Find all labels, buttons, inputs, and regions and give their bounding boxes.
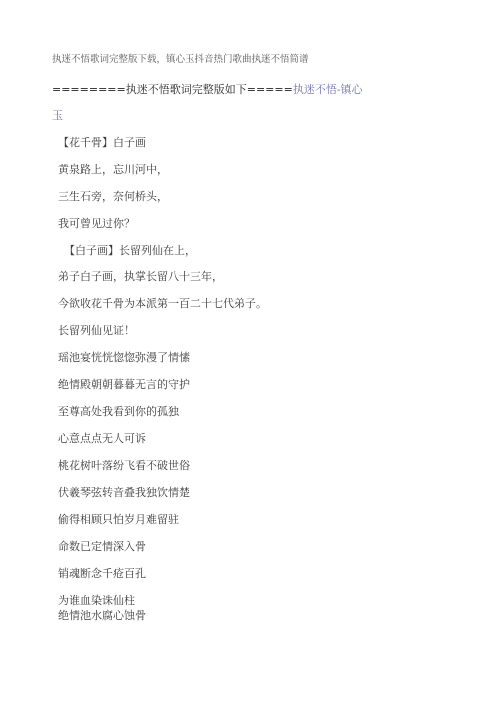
lyric-line: 伏羲琴弦转音叠我独饮情楚 [58, 484, 190, 500]
lyric-line: 瑶池宴恍恍惚惚弥漫了情愫 [58, 349, 190, 365]
lyric-line: 命数已定情深入骨 [58, 538, 146, 554]
lyric-line: 三生石旁，奈何桥头， [58, 188, 168, 204]
lyric-line: 至尊高处我看到你的孤独 [58, 403, 179, 419]
lyrics-heading: ========执迷不悟歌词完整版如下=====执迷不悟-镇心 [52, 81, 363, 97]
lyric-line: 【白子画】长留列仙在上， [64, 242, 196, 258]
lyric-line: 偷得相顾只怕岁月难留驻 [58, 511, 179, 527]
lyric-line: 今欲收花千骨为本派第一百二十七代弟子。 [58, 295, 267, 311]
lyric-line: 心意点点无人可诉 [58, 430, 146, 446]
song-link[interactable]: 执迷不悟-镇心 [293, 83, 363, 96]
lyric-line: 黄泉路上，忘川河中， [58, 161, 168, 177]
song-link-continued[interactable]: 玉 [52, 107, 63, 123]
lyric-line: 销魂断念千疮百孔 [58, 565, 146, 581]
lyric-line: 我可曾见过你？ [58, 215, 135, 231]
lyric-line: 绝情殿朝朝暮暮无言的守护 [58, 376, 190, 392]
lyric-line: 为谁血染诛仙柱 [58, 592, 135, 608]
document-title-line: 执迷不悟歌词完整版下载，镇心玉抖音热门歌曲执迷不悟简谱 [52, 51, 309, 65]
lyric-line: 长留列仙见证！ [58, 322, 135, 338]
heading-prefix: ========执迷不悟歌词完整版如下===== [52, 83, 293, 96]
lyric-line: 绝情池水腐心蚀骨 [58, 607, 146, 623]
lyric-line: 桃花树叶落纷飞看不破世俗 [58, 457, 190, 473]
lyric-line: 弟子白子画，执掌长留八十三年， [58, 268, 223, 284]
lyric-line: 【花千骨】白子画 [58, 134, 146, 150]
